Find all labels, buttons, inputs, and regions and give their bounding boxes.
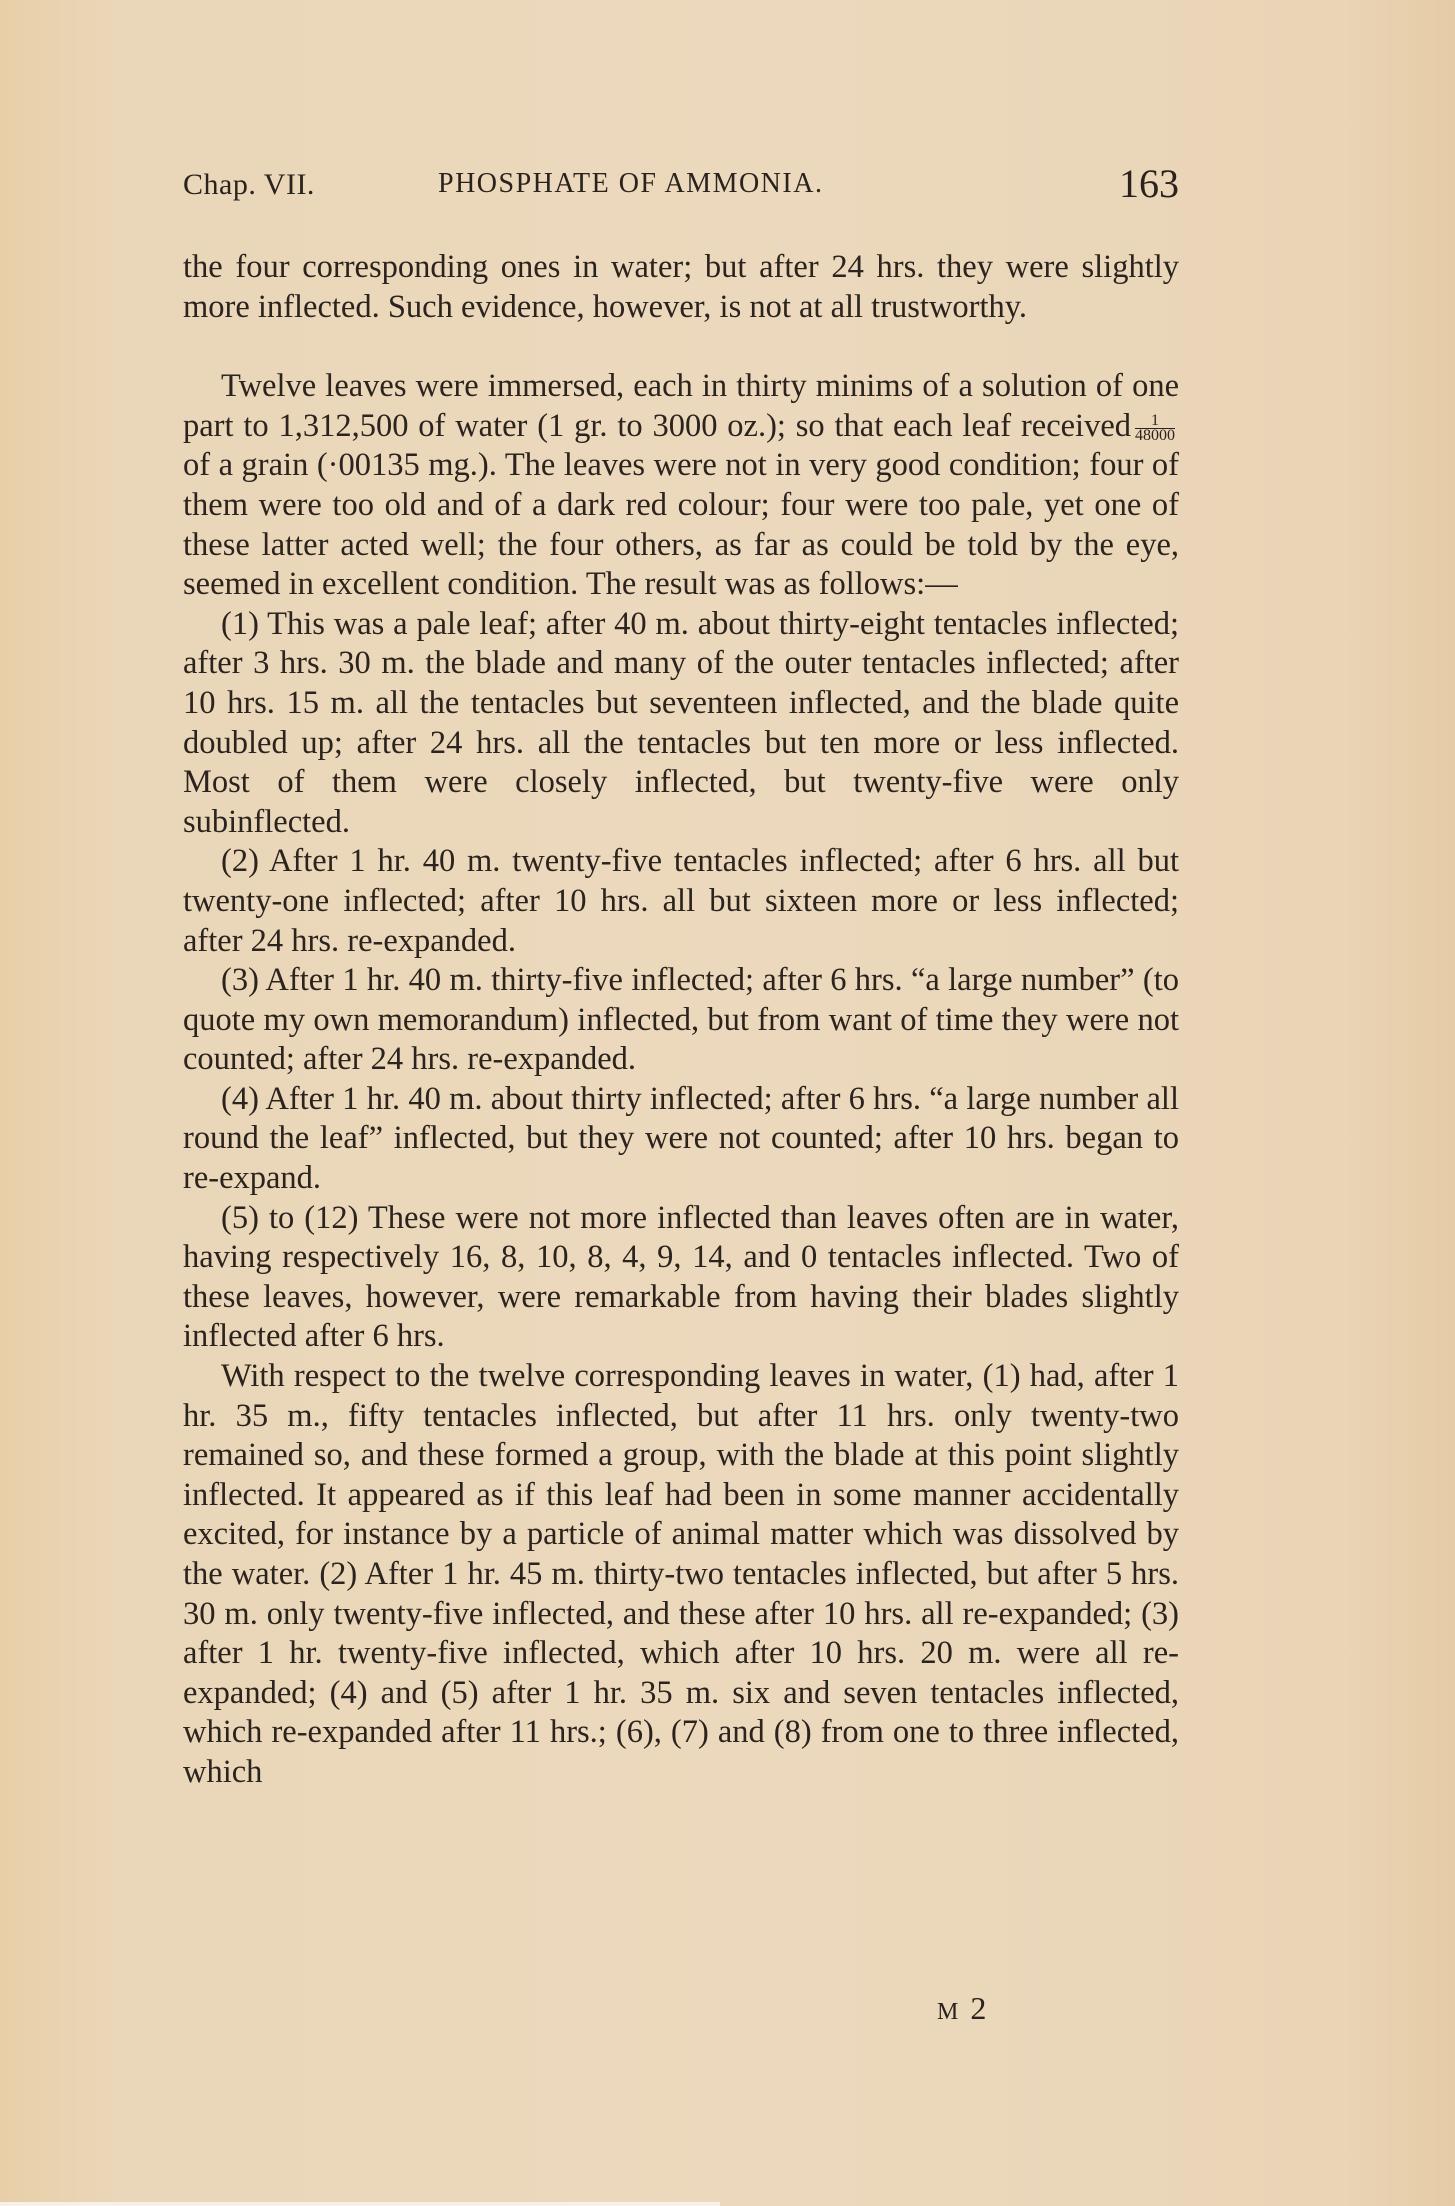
running-header: Chap. VII. PHOSPHATE OF AMMONIA. 163	[183, 160, 1179, 210]
chapter-label: Chap. VII.	[183, 168, 315, 202]
book-page: Chap. VII. PHOSPHATE OF AMMONIA. 163 the…	[0, 0, 1455, 2206]
paragraph-leaf-3: (3) After 1 hr. 40 m. thirty-five inflec…	[183, 961, 1179, 1080]
paragraph-leaf-2: (2) After 1 hr. 40 m. twenty-five tentac…	[183, 842, 1179, 961]
setup-text-after: of a grain (·00135 mg.). The leaves were…	[183, 447, 1179, 602]
running-title: PHOSPHATE OF AMMONIA.	[438, 168, 823, 200]
body-text: the four corresponding ones in water; bu…	[183, 248, 1179, 1793]
fraction: 148000	[1135, 414, 1175, 443]
paragraph-continuation: the four corresponding ones in water; bu…	[183, 248, 1179, 327]
setup-text-before: Twelve leaves were immersed, each in thi…	[183, 368, 1179, 444]
paragraph-leaf-4: (4) After 1 hr. 40 m. about thirty infle…	[183, 1080, 1179, 1199]
signature-letter: M	[937, 1999, 960, 2025]
paragraph-leaves-5-12: (5) to (12) These were not more inflecte…	[183, 1199, 1179, 1357]
signature-number: 2	[970, 1990, 988, 2026]
paragraph-experiment-setup: Twelve leaves were immersed, each in thi…	[183, 367, 1179, 605]
scan-edge	[0, 2202, 720, 2206]
page-number: 163	[1119, 160, 1179, 207]
signature-mark: M 2	[937, 1990, 988, 2027]
paragraph-leaf-1: (1) This was a pale leaf; after 40 m. ab…	[183, 605, 1179, 843]
fraction-denominator: 48000	[1135, 429, 1175, 443]
paragraph-water-control: With respect to the twelve corresponding…	[183, 1357, 1179, 1793]
